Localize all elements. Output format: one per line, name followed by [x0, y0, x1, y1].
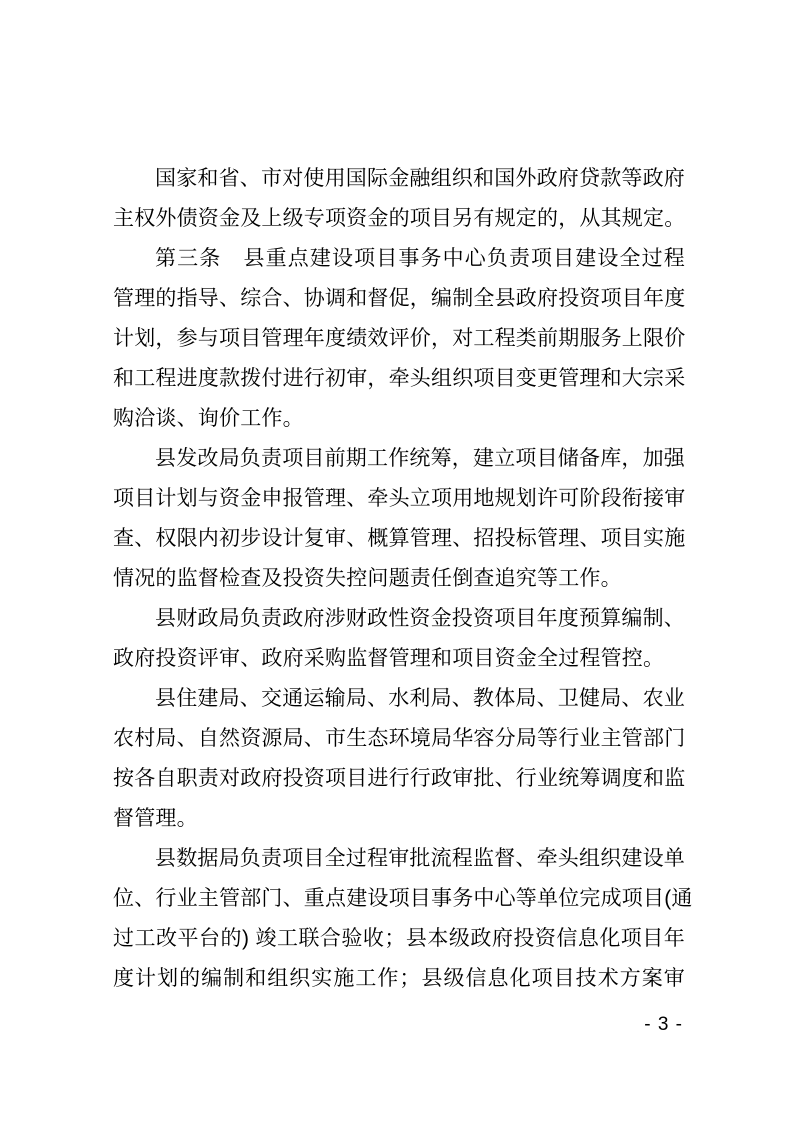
paragraph: 县数据局负责项目全过程审批流程监督、牵头组织建设单 位、行业主管部门、重点建设项… [113, 839, 685, 999]
text-line: 管理的指导、综合、协调和督促，编制全县政府投资项目年度 [113, 279, 685, 319]
text-line: 县财政局负责政府涉财政性资金投资项目年度预算编制、 [113, 599, 685, 639]
paragraph: 县住建局、交通运输局、水利局、教体局、卫健局、农业 农村局、自然资源局、市生态环… [113, 679, 685, 839]
text-line: 查、权限内初步设计复审、概算管理、招投标管理、项目实施 [113, 519, 685, 559]
text-line: 过工改平台的) 竣工联合验收；县本级政府投资信息化项目年 [113, 919, 685, 959]
text-line: 县数据局负责项目全过程审批流程监督、牵头组织建设单 [113, 839, 685, 879]
document-body: 国家和省、市对使用国际金融组织和国外政府贷款等政府 主权外债资金及上级专项资金的… [113, 159, 685, 999]
paragraph: 国家和省、市对使用国际金融组织和国外政府贷款等政府 主权外债资金及上级专项资金的… [113, 159, 685, 239]
text-line: 县发改局负责项目前期工作统筹，建立项目储备库，加强 [113, 439, 685, 479]
text-line: 县住建局、交通运输局、水利局、教体局、卫健局、农业 [113, 679, 685, 719]
text-line: 第三条 县重点建设项目事务中心负责项目建设全过程 [113, 239, 685, 279]
paragraph: 县发改局负责项目前期工作统筹，建立项目储备库，加强 项目计划与资金申报管理、牵头… [113, 439, 685, 599]
text-line: 主权外债资金及上级专项资金的项目另有规定的，从其规定。 [113, 199, 685, 239]
paragraph: 第三条 县重点建设项目事务中心负责项目建设全过程 管理的指导、综合、协调和督促，… [113, 239, 685, 439]
page-number: - 3 - [644, 1014, 683, 1035]
page-footer: - 3 - [113, 1012, 685, 1038]
text-line: 计划，参与项目管理年度绩效评价，对工程类前期服务上限价 [113, 319, 685, 359]
text-line: 督管理。 [113, 799, 685, 839]
text-line: 国家和省、市对使用国际金融组织和国外政府贷款等政府 [113, 159, 685, 199]
document-page: 国家和省、市对使用国际金融组织和国外政府贷款等政府 主权外债资金及上级专项资金的… [0, 0, 793, 1122]
text-line: 按各自职责对政府投资项目进行行政审批、行业统筹调度和监 [113, 759, 685, 799]
text-line: 项目计划与资金申报管理、牵头立项用地规划许可阶段衔接审 [113, 479, 685, 519]
text-line: 情况的监督检查及投资失控问题责任倒查追究等工作。 [113, 559, 685, 599]
text-line: 位、行业主管部门、重点建设项目事务中心等单位完成项目(通 [113, 879, 685, 919]
text-line: 和工程进度款拨付进行初审，牵头组织项目变更管理和大宗采 [113, 359, 685, 399]
text-line: 购洽谈、询价工作。 [113, 399, 685, 439]
text-line: 度计划的编制和组织实施工作；县级信息化项目技术方案审 [113, 959, 685, 999]
paragraph: 县财政局负责政府涉财政性资金投资项目年度预算编制、 政府投资评审、政府采购监督管… [113, 599, 685, 679]
text-line: 农村局、自然资源局、市生态环境局华容分局等行业主管部门 [113, 719, 685, 759]
text-line: 政府投资评审、政府采购监督管理和项目资金全过程管控。 [113, 639, 685, 679]
